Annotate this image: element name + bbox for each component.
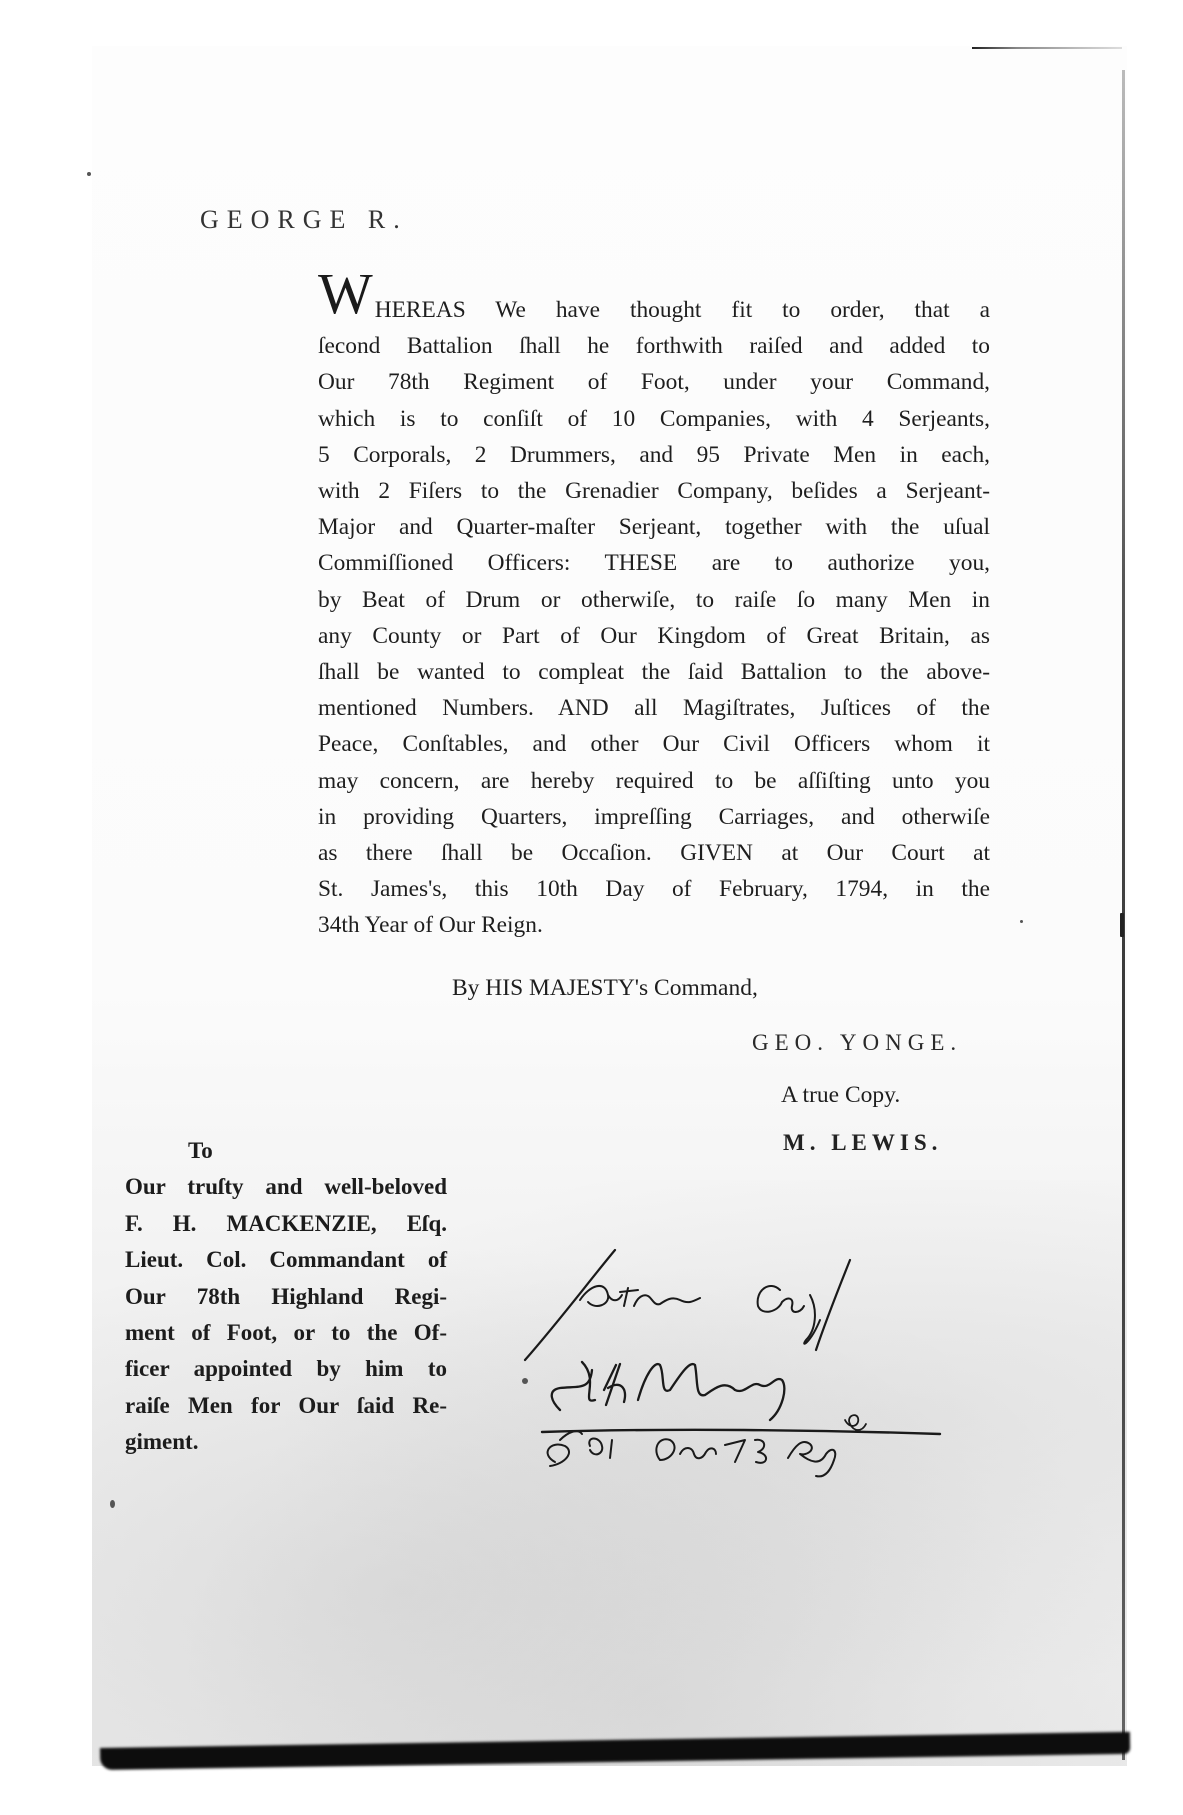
address-line: giment. (125, 1424, 447, 1460)
ink-speck (87, 172, 91, 176)
ink-speck (1120, 913, 1124, 937)
body-line: HEREAS We have thought fit to order, tha… (318, 292, 990, 328)
ink-speck (110, 1500, 115, 1508)
body-line: may concern, are hereby required to be a… (318, 763, 990, 799)
address-line: ment of Foot, or to the Of- (125, 1315, 447, 1351)
body-line: ſecond Battalion ſhall he forthwith raiſ… (318, 328, 990, 364)
paper-top-edge (972, 47, 1122, 49)
handwritten-signature-icon: F. H. Mackenzie (520, 1240, 1060, 1480)
body-line: St. James's, this 10th Day of February, … (318, 871, 990, 907)
address-line: F. H. MACKENZIE, Eſq. (125, 1206, 447, 1242)
body-line: in providing Quarters, impreſſing Carria… (318, 799, 990, 835)
body-line: as there ſhall be Occaſion. GIVEN at Our… (318, 835, 990, 871)
body-line: mentioned Numbers. AND all Magiſtrates, … (318, 690, 990, 726)
address-to: To (125, 1133, 447, 1169)
warrant-body: W HEREAS We have thought fit to order, t… (318, 292, 990, 944)
body-line: ſhall be wanted to compleat the ſaid Bat… (318, 654, 990, 690)
ink-speck (1020, 920, 1023, 923)
address-line: Lieut. Col. Commandant of (125, 1242, 447, 1278)
body-line: Commiſſioned Officers: THESE are to auth… (318, 545, 990, 581)
address-line: Our 78th Highland Regi- (125, 1279, 447, 1315)
signatory-name: GEO. YONGE. (752, 1030, 962, 1056)
body-line: Peace, Conſtables, and other Our Civil O… (318, 726, 990, 762)
address-block: To Our truſty and well-beloved F. H. MAC… (125, 1133, 447, 1461)
body-line: with 2 Fiſers to the Grenadier Company, … (318, 473, 990, 509)
address-line: raiſe Men for Our ſaid Re- (125, 1388, 447, 1424)
true-copy-note: A true Copy. (781, 1082, 900, 1109)
body-line: 34th Year of Our Reign. (318, 907, 990, 943)
body-line: which is to conſiſt of 10 Companies, wit… (318, 401, 990, 437)
certifier-name: M. LEWIS. (783, 1130, 942, 1156)
body-line: any County or Part of Our Kingdom of Gre… (318, 618, 990, 654)
handwritten-annotation: F. H. Mackenzie (520, 1240, 1060, 1480)
body-line: Our 78th Regiment of Foot, under your Co… (318, 364, 990, 400)
drop-cap-letter: W (318, 276, 373, 312)
address-line: ficer appointed by him to (125, 1351, 447, 1387)
address-line: Our truſty and well-beloved (125, 1169, 447, 1205)
document-heading: GEORGE R. (200, 205, 408, 235)
command-line: By HIS MAJESTY's Command, (452, 975, 758, 1002)
body-line: by Beat of Drum or otherwiſe, to raiſe ſ… (318, 582, 990, 618)
body-line: 5 Corporals, 2 Drummers, and 95 Private … (318, 437, 990, 473)
body-line: Major and Quarter-maſter Serjeant, toget… (318, 509, 990, 545)
